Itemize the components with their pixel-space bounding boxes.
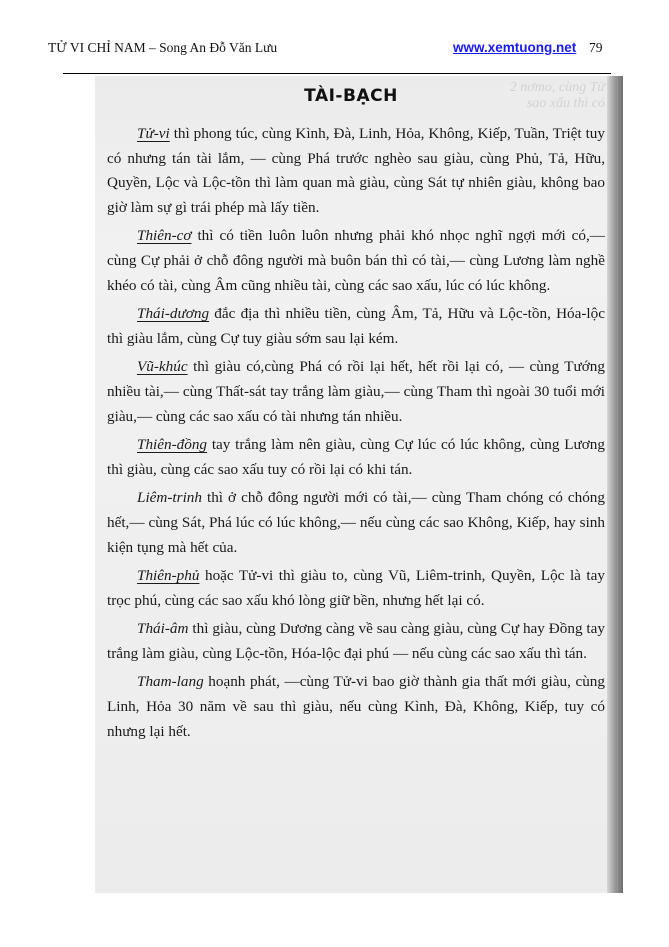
page-title: TÀI-BẠCH [95, 86, 607, 106]
paragraph-tu-vi: Tử-vi thì phong túc, cùng Kình, Đà, Linh… [107, 122, 605, 220]
paragraph-thien-dong: Thiên-đồng tay trắng làm nên giàu, cùng … [107, 433, 605, 482]
header-divider [63, 73, 611, 74]
star-name: Tử-vi [137, 125, 170, 142]
star-name: Tham-lang [137, 673, 204, 690]
star-name: Thiên-đồng [137, 436, 207, 453]
paragraph-thai-duong: Thái-dương đắc địa thì nhiều tiền, cùng … [107, 302, 605, 351]
page-number: 79 [589, 40, 603, 56]
website-link[interactable]: www.xemtuong.net [453, 40, 576, 55]
paragraph-thien-co: Thiên-cơ thì có tiền luôn luôn nhưng phả… [107, 224, 605, 298]
star-name: Vũ-khúc [137, 358, 188, 375]
page-binding-shadow [607, 76, 623, 893]
book-title-header: TỬ VI CHỈ NAM – Song An Đỗ Văn Lưu [48, 40, 277, 56]
star-name: Thiên-phủ [137, 567, 199, 584]
paragraph-vu-khuc: Vũ-khúc thì giàu có,cùng Phá có rồi lại … [107, 355, 605, 429]
paragraph-tham-lang: Tham-lang hoạnh phát, —cùng Tử-vi bao gi… [107, 670, 605, 744]
body-text: Tử-vi thì phong túc, cùng Kình, Đà, Linh… [107, 122, 605, 748]
star-name: Thiên-cơ [137, 227, 192, 244]
star-name: Liêm-trinh [137, 489, 202, 506]
paragraph-liem-trinh: Liêm-trinh thì ở chỗ đông người mới có t… [107, 486, 605, 560]
star-name: Thái-dương [137, 305, 209, 322]
scanned-page: 2 nơmo, cùng Tử sao xấu thì có TÀI-BẠCH … [95, 76, 623, 893]
star-name: Thái-âm [137, 620, 188, 637]
paragraph-thai-am: Thái-âm thì giàu, cùng Dương càng về sau… [107, 617, 605, 666]
paragraph-thien-phu: Thiên-phủ hoặc Tử-vi thì giàu to, cùng V… [107, 564, 605, 613]
paragraph-text: thì phong túc, cùng Kình, Đà, Linh, Hỏa,… [107, 125, 605, 216]
